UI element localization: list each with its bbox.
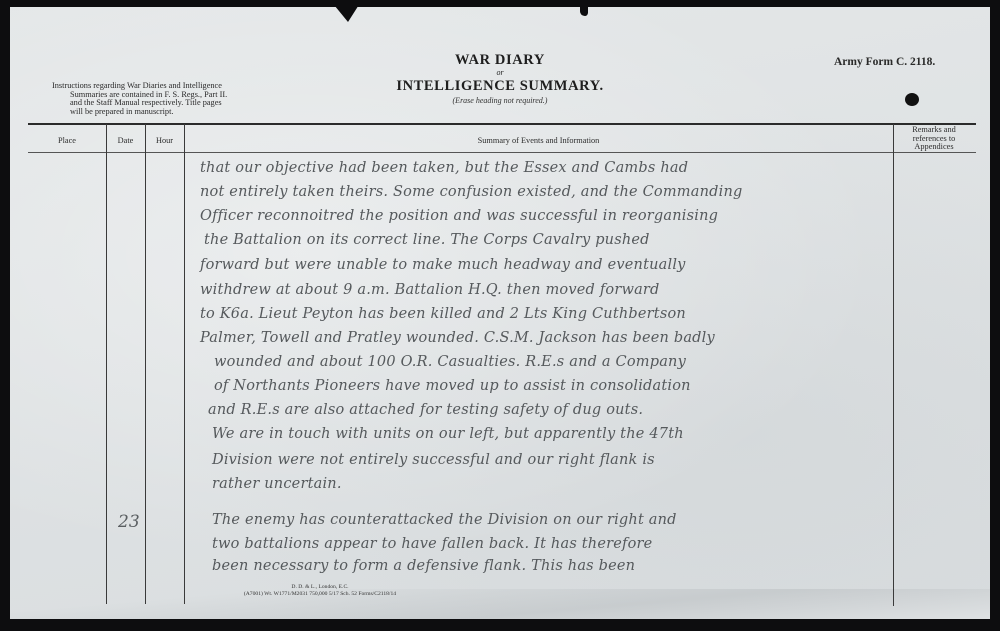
remarks-line: Appendices (914, 143, 953, 152)
column-header-summary: Summary of Events and Information (184, 130, 893, 152)
table-top-rule (28, 123, 976, 125)
title-intelligence-summary: INTELLIGENCE SUMMARY. (350, 78, 650, 95)
torn-edge (580, 0, 588, 16)
column-divider (145, 124, 146, 604)
torn-edge (330, 0, 362, 22)
title-note: (Erase heading not required.) (350, 95, 650, 107)
punch-hole (905, 93, 919, 106)
column-header-hour: Hour (145, 130, 184, 152)
handwritten-line: of Northants Pioneers have moved up to a… (214, 378, 691, 394)
handwritten-line: been necessary to form a defensive flank… (212, 558, 635, 574)
handwritten-line: not entirely taken theirs. Some confusio… (200, 184, 742, 200)
header-bottom-rule (28, 152, 976, 153)
form-instructions: Instructions regarding War Diaries and I… (52, 82, 292, 116)
handwritten-line: Division were not entirely successful an… (212, 452, 655, 468)
handwritten-line: The enemy has counterattacked the Divisi… (212, 512, 677, 528)
column-header-date: Date (106, 130, 145, 152)
handwritten-line: We are in touch with units on our left, … (212, 426, 684, 442)
printer-imprint: D. D. & L., London, E.C. (A7001) Wt. W17… (200, 584, 440, 598)
handwritten-line: wounded and about 100 O.R. Casualties. R… (214, 354, 686, 370)
instructions-line: will be prepared in manuscript. (52, 108, 292, 117)
form-number: Army Form C. 2118. (834, 56, 935, 68)
column-divider (893, 124, 894, 606)
handwritten-line: forward but were unable to make much hea… (200, 257, 686, 273)
title-war-diary: WAR DIARY (350, 52, 650, 68)
handwritten-line: to K6a. Lieut Peyton has been killed and… (200, 306, 686, 322)
entry-date: 23 (118, 512, 140, 532)
handwritten-line: and R.E.s are also attached for testing … (208, 402, 643, 418)
handwritten-line: rather uncertain. (212, 476, 342, 492)
paper-crease (10, 589, 990, 619)
printer-line: D. D. & L., London, E.C. (200, 584, 440, 591)
column-divider (184, 124, 185, 604)
form-title: WAR DIARY or INTELLIGENCE SUMMARY. (Eras… (350, 52, 650, 107)
handwritten-line: that our objective had been taken, but t… (200, 160, 688, 176)
handwritten-line: Palmer, Towell and Pratley wounded. C.S.… (200, 330, 715, 346)
title-or: or (350, 68, 650, 78)
handwritten-line: two battalions appear to have fallen bac… (212, 536, 652, 552)
column-divider (106, 124, 107, 604)
printer-line: (A7001) Wt. W1771/M2031 750,000 5/17 Sch… (200, 591, 440, 598)
column-header-remarks: Remarks and references to Appendices (893, 125, 975, 153)
column-header-place: Place (28, 130, 106, 152)
handwritten-line: Officer reconnoitred the position and wa… (200, 208, 718, 224)
handwritten-line: withdrew at about 9 a.m. Battalion H.Q. … (200, 282, 660, 298)
handwritten-line: the Battalion on its correct line. The C… (204, 232, 650, 248)
